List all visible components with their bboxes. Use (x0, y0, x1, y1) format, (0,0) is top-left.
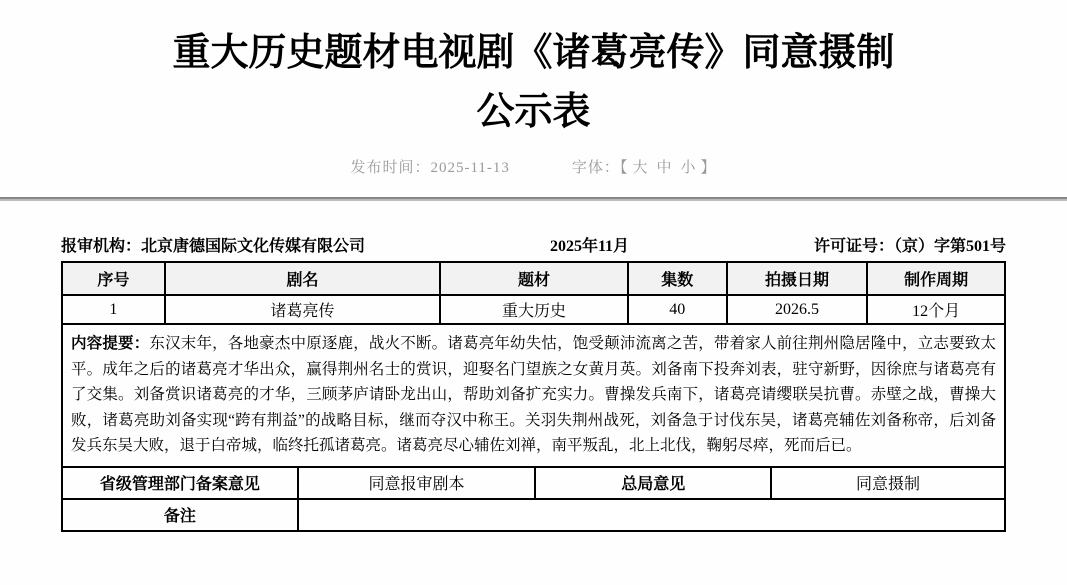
license-label: 许可证号： (814, 238, 894, 255)
cell-shooting-date: 2026.5 (727, 295, 868, 324)
cell-drama-name: 诸葛亮传 (165, 295, 440, 324)
font-size-label: 字体： (572, 160, 620, 176)
font-size-selector: 字体：【大中小】 (572, 156, 717, 177)
col-header-genre: 题材 (440, 262, 628, 295)
license-value: （京）字第501号 (894, 238, 1006, 255)
cell-episodes: 40 (628, 295, 727, 324)
cell-genre: 重大历史 (440, 295, 628, 324)
page-title-line1: 重大历史题材电视剧《诸葛亮传》同意摄制 (0, 24, 1067, 83)
bureau-opinion-label: 总局意见 (535, 467, 771, 499)
col-header-episodes: 集数 (628, 262, 727, 295)
reporting-agency-name: 北京唐德国际文化传媒有限公司 (141, 238, 365, 255)
remarks-label: 备注 (62, 499, 298, 531)
publish-time: 发布时间：2025-11-13 (350, 156, 509, 177)
col-header-index: 序号 (62, 262, 165, 295)
provincial-opinion-value: 同意报审剧本 (298, 467, 536, 499)
report-date: 2025年11月 (365, 233, 814, 256)
cell-production-cycle: 12个月 (867, 295, 1005, 324)
notice-content: 报审机构：北京唐德国际文化传媒有限公司 2025年11月 许可证号：（京）字第5… (61, 233, 1006, 532)
font-size-medium-link[interactable]: 中 (656, 160, 672, 176)
font-bracket-open: 【 (620, 160, 629, 176)
content-summary-cell: 内容提要：东汉末年，各地豪杰中原逐鹿，战火不断。诸葛亮年幼失怙，饱受颠沛流离之苦… (62, 324, 1005, 467)
public-notice-page: 重大历史题材电视剧《诸葛亮传》同意摄制 公示表 发布时间：2025-11-13 … (0, 0, 1067, 585)
font-bracket-close: 】 (701, 160, 717, 176)
cell-index: 1 (62, 295, 165, 324)
table-row: 1 诸葛亮传 重大历史 40 2026.5 12个月 (62, 295, 1005, 324)
publish-time-label: 发布时间： (350, 160, 430, 176)
table-header-row: 序号 剧名 题材 集数 拍摄日期 制作周期 (62, 262, 1005, 295)
publish-time-value: 2025-11-13 (430, 160, 509, 176)
separator-bar (0, 197, 1067, 201)
meta-line: 发布时间：2025-11-13 字体：【大中小】 (0, 156, 1067, 177)
summary-row: 内容提要：东汉末年，各地豪杰中原逐鹿，战火不断。诸葛亮年幼失怙，饱受颠沛流离之苦… (62, 324, 1005, 467)
col-header-shooting-date: 拍摄日期 (727, 262, 868, 295)
bureau-opinion-value: 同意摄制 (771, 467, 1005, 499)
remarks-row: 备注 (62, 499, 1005, 531)
col-header-production-cycle: 制作周期 (867, 262, 1005, 295)
remarks-value (298, 499, 1005, 531)
content-summary-text: 东汉末年，各地豪杰中原逐鹿，战火不断。诸葛亮年幼失怙，饱受颠沛流离之苦，带着家人… (71, 335, 996, 454)
page-title-line2: 公示表 (0, 83, 1067, 142)
opinions-row: 省级管理部门备案意见 同意报审剧本 总局意见 同意摄制 (62, 467, 1005, 499)
font-size-small-link[interactable]: 小 (680, 160, 696, 176)
license-number: 许可证号：（京）字第501号 (814, 233, 1006, 256)
content-summary-label: 内容提要： (71, 335, 149, 352)
reporting-agency-label: 报审机构： (61, 238, 141, 255)
reporting-agency: 报审机构：北京唐德国际文化传媒有限公司 (61, 233, 365, 256)
info-line: 报审机构：北京唐德国际文化传媒有限公司 2025年11月 许可证号：（京）字第5… (61, 233, 1006, 256)
font-size-large-link[interactable]: 大 (632, 160, 648, 176)
col-header-drama-name: 剧名 (165, 262, 440, 295)
provincial-opinion-label: 省级管理部门备案意见 (62, 467, 298, 499)
drama-info-table: 序号 剧名 题材 集数 拍摄日期 制作周期 1 诸葛亮传 重大历史 40 202… (61, 261, 1006, 468)
page-title: 重大历史题材电视剧《诸葛亮传》同意摄制 公示表 (0, 0, 1067, 142)
opinions-table: 省级管理部门备案意见 同意报审剧本 总局意见 同意摄制 备注 (61, 466, 1006, 532)
